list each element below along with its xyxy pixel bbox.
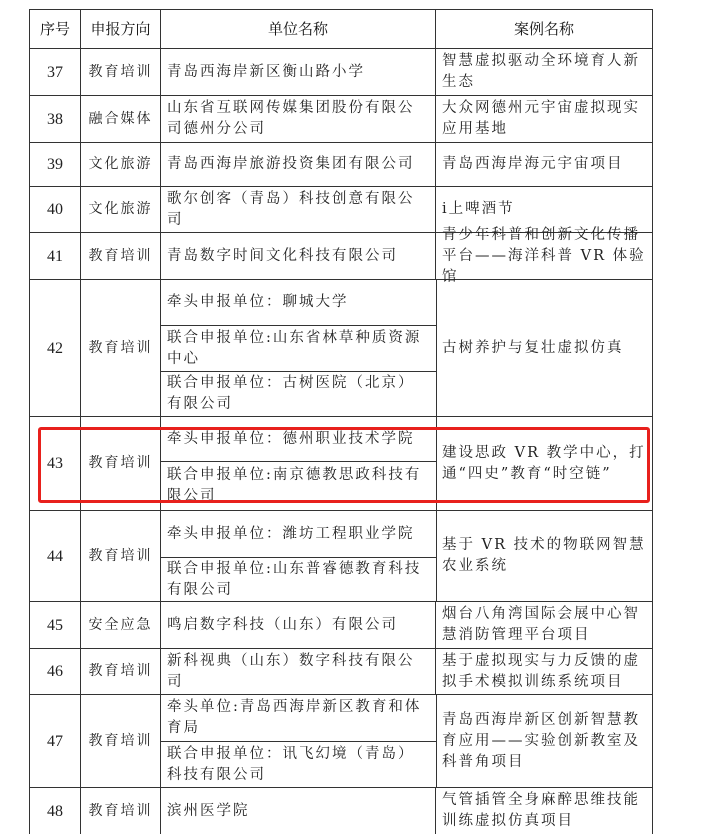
row-unit: 青岛西海岸旅游投资集团有限公司 xyxy=(161,143,436,186)
row-unit: 青岛西海岸新区衡山路小学 xyxy=(161,49,436,95)
row-unit: 鸣启数字科技（山东）有限公司 xyxy=(161,602,436,648)
table-row: 46 教育培训 新科视典（山东）数字科技有限公司 基于虚拟现实与力反馈的虚拟手术… xyxy=(29,649,653,695)
table-row: 45 安全应急 鸣启数字科技（山东）有限公司 烟台八角湾国际会展中心智慧消防管理… xyxy=(29,602,653,649)
row-number: 46 xyxy=(30,649,81,694)
header-no: 序号 xyxy=(30,10,81,48)
row-case: 建设思政 VR 教学中心，打通“四史”教育“时空链” xyxy=(436,417,652,510)
row-direction: 文化旅游 xyxy=(81,143,161,186)
lead-unit: 牵头申报单位：潍坊工程职业学院 xyxy=(161,511,436,557)
row-units-group: 牵头申报单位：聊城大学 联合申报单位:山东省林草种质资源中心 联合申报单位：古树… xyxy=(161,280,437,416)
row-case: 青岛西海岸海元宇宙项目 xyxy=(436,143,652,186)
joint-unit: 联合申报单位:南京德教思政科技有限公司 xyxy=(161,461,436,510)
row-case: 青少年科普和创新文化传播平台——海洋科普 VR 体验馆 xyxy=(436,233,652,279)
row-case: 基于 VR 技术的物联网智慧农业系统 xyxy=(436,511,652,601)
row-case: 基于虚拟现实与力反馈的虚拟手术模拟训练系统项目 xyxy=(436,649,652,694)
row-direction: 教育培训 xyxy=(81,788,161,834)
table-row: 38 融合媒体 山东省互联网传媒集团股份有限公司德州分公司 大众网德州元宇宙虚拟… xyxy=(29,96,653,143)
row-case: 气管插管全身麻醉思维技能训练虚拟仿真项目 xyxy=(436,788,652,834)
lead-unit: 牵头单位:青岛西海岸新区教育和体育局 xyxy=(161,695,436,741)
row-case: 烟台八角湾国际会展中心智慧消防管理平台项目 xyxy=(436,602,652,648)
row-case: 大众网德州元宇宙虚拟现实应用基地 xyxy=(436,96,652,142)
row-number: 40 xyxy=(30,187,81,232)
table-row: 47 教育培训 牵头单位:青岛西海岸新区教育和体育局 联合申报单位：讯飞幻境（青… xyxy=(29,695,653,788)
row-unit: 青岛数字时间文化科技有限公司 xyxy=(161,233,436,279)
header-unit: 单位名称 xyxy=(161,10,436,48)
row-units-group: 牵头申报单位：德州职业技术学院 联合申报单位:南京德教思政科技有限公司 xyxy=(161,417,437,510)
row-direction: 文化旅游 xyxy=(81,187,161,232)
row-number: 48 xyxy=(30,788,81,834)
row-number: 47 xyxy=(30,695,81,787)
table-row: 37 教育培训 青岛西海岸新区衡山路小学 智慧虚拟驱动全环境育人新生态 xyxy=(29,49,653,96)
row-case: 古树养护与复壮虚拟仿真 xyxy=(436,280,652,416)
table-row-highlighted: 43 教育培训 牵头申报单位：德州职业技术学院 联合申报单位:南京德教思政科技有… xyxy=(29,417,653,511)
table-row: 41 教育培训 青岛数字时间文化科技有限公司 青少年科普和创新文化传播平台——海… xyxy=(29,233,653,280)
row-case: 青岛西海岸新区创新智慧教育应用——实验创新教室及科普角项目 xyxy=(436,695,652,787)
row-unit: 歌尔创客（青岛）科技创意有限公司 xyxy=(161,187,436,232)
row-direction: 教育培训 xyxy=(81,649,161,694)
row-unit: 滨州医学院 xyxy=(161,788,436,834)
row-direction: 教育培训 xyxy=(81,511,161,601)
row-number: 38 xyxy=(30,96,81,142)
row-direction: 安全应急 xyxy=(81,602,161,648)
joint-unit: 联合申报单位:山东省林草种质资源中心 xyxy=(161,325,436,371)
joint-unit: 联合申报单位：讯飞幻境（青岛）科技有限公司 xyxy=(161,741,436,787)
joint-unit: 联合申报单位:山东普睿德教育科技有限公司 xyxy=(161,557,436,601)
row-direction: 融合媒体 xyxy=(81,96,161,142)
table-header-row: 序号 申报方向 单位名称 案例名称 xyxy=(29,9,653,49)
row-number: 44 xyxy=(30,511,81,601)
row-direction: 教育培训 xyxy=(81,417,161,510)
row-unit: 新科视典（山东）数字科技有限公司 xyxy=(161,649,436,694)
row-units-group: 牵头申报单位：潍坊工程职业学院 联合申报单位:山东普睿德教育科技有限公司 xyxy=(161,511,437,601)
row-number: 45 xyxy=(30,602,81,648)
row-direction: 教育培训 xyxy=(81,49,161,95)
row-number: 43 xyxy=(30,417,81,510)
lead-unit: 牵头申报单位：德州职业技术学院 xyxy=(161,417,436,461)
row-direction: 教育培训 xyxy=(81,280,161,416)
lead-unit: 牵头申报单位：聊城大学 xyxy=(161,280,436,325)
row-case: 智慧虚拟驱动全环境育人新生态 xyxy=(436,49,652,95)
table-row: 44 教育培训 牵头申报单位：潍坊工程职业学院 联合申报单位:山东普睿德教育科技… xyxy=(29,511,653,602)
row-number: 42 xyxy=(30,280,81,416)
joint-unit: 联合申报单位：古树医院（北京）有限公司 xyxy=(161,371,436,416)
row-direction: 教育培训 xyxy=(81,695,161,787)
row-number: 39 xyxy=(30,143,81,186)
header-direction: 申报方向 xyxy=(81,10,161,48)
table-row: 48 教育培训 滨州医学院 气管插管全身麻醉思维技能训练虚拟仿真项目 xyxy=(29,788,653,834)
row-units-group: 牵头单位:青岛西海岸新区教育和体育局 联合申报单位：讯飞幻境（青岛）科技有限公司 xyxy=(161,695,437,787)
row-number: 41 xyxy=(30,233,81,279)
row-unit: 山东省互联网传媒集团股份有限公司德州分公司 xyxy=(161,96,436,142)
row-direction: 教育培训 xyxy=(81,233,161,279)
row-number: 37 xyxy=(30,49,81,95)
table-row: 42 教育培训 牵头申报单位：聊城大学 联合申报单位:山东省林草种质资源中心 联… xyxy=(29,280,653,417)
header-case: 案例名称 xyxy=(436,10,652,48)
table-row: 39 文化旅游 青岛西海岸旅游投资集团有限公司 青岛西海岸海元宇宙项目 xyxy=(29,143,653,187)
